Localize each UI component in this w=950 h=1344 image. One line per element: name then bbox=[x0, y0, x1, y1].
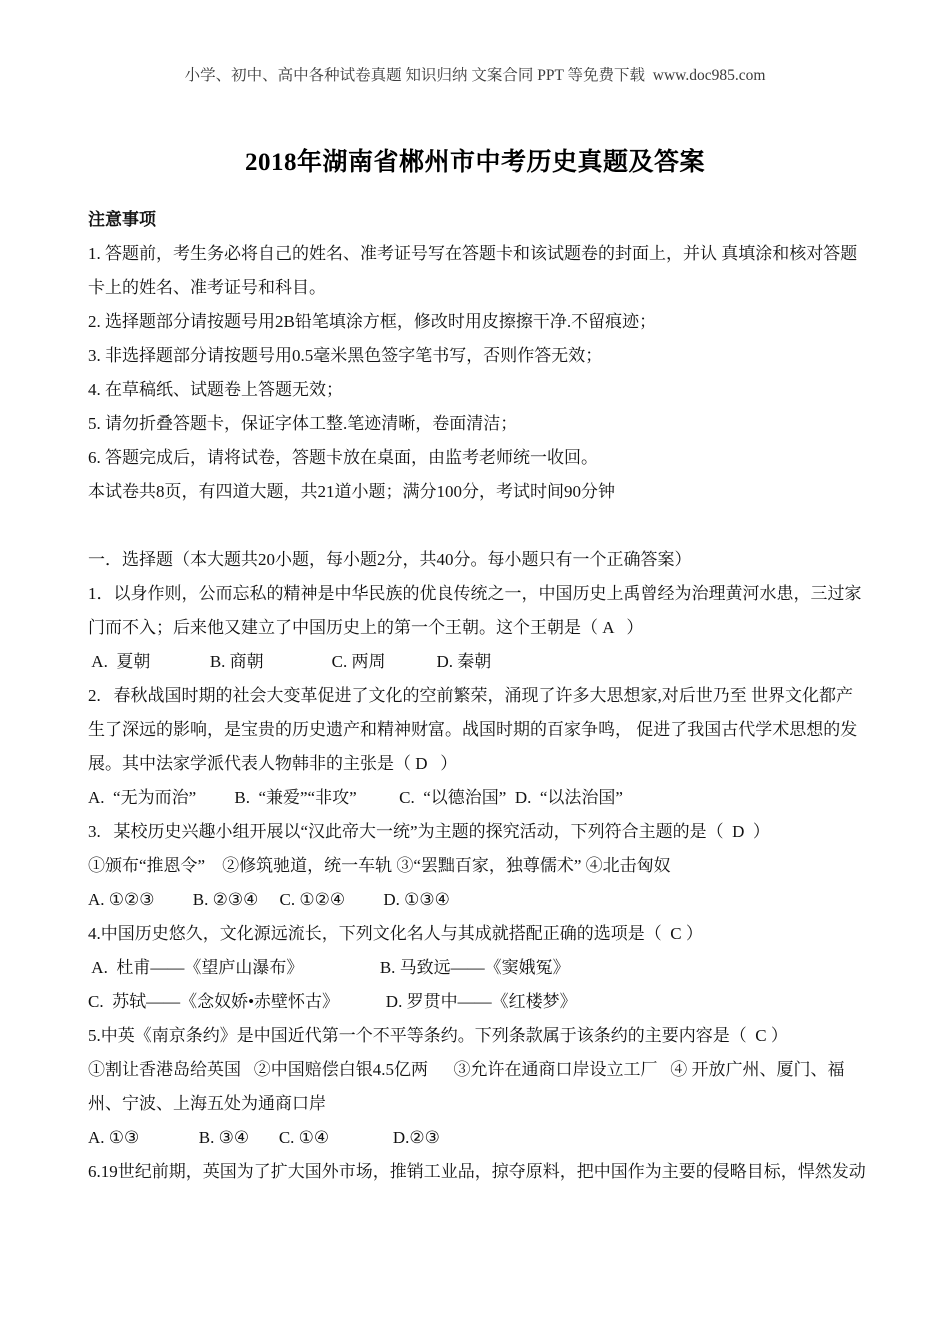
question-options-line: A. 夏朝 B. 商朝 C. 两周 D. 秦朝 bbox=[88, 645, 878, 679]
question-options-line: A. ①③ B. ③④ C. ①④ D.②③ bbox=[88, 1121, 878, 1155]
question-line: 3. 某校历史兴趣小组开展以“汉此帝大一统”为主题的探究活动，下列符合主题的是（… bbox=[88, 815, 878, 849]
question-line: 州、宁波、上海五处为通商口岸 bbox=[88, 1087, 878, 1121]
notice-line: 1. 答题前，考生务必将自己的姓名、准考证号写在答题卡和该试题卷的封面上，并认 … bbox=[88, 237, 878, 271]
question-line: ①割让香港岛给英国 ②中国赔偿白银4.5亿两 ③允许在通商口岸设立工厂 ④ 开放… bbox=[88, 1053, 878, 1087]
question-3: 3. 某校历史兴趣小组开展以“汉此帝大一统”为主题的探究活动，下列符合主题的是（… bbox=[88, 815, 878, 917]
question-line: ①颁布“推恩令” ②修筑驰道，统一车轨 ③“罢黜百家，独尊儒术” ④北击匈奴 bbox=[88, 849, 878, 883]
question-line: 2. 春秋战国时期的社会大变革促进了文化的空前繁荣，涌现了许多大思想家,对后世乃… bbox=[88, 679, 878, 713]
doc-title: 2018年湖南省郴州市中考历史真题及答案 bbox=[0, 143, 950, 183]
notice-line: 6. 答题完成后，请将试卷，答题卡放在桌面，由监考老师统一收回。 bbox=[88, 441, 878, 475]
question-line: 生了深远的影响，是宝贵的历史遗产和精神财富。战国时期的百家争鸣， 促进了我国古代… bbox=[88, 713, 878, 747]
notice-line: 5. 请勿折叠答题卡，保证字体工整.笔迹清晰，卷面清洁； bbox=[88, 407, 878, 441]
question-line: 1．以身作则，公而忘私的精神是中华民族的优良传统之一，中国历史上禹曾经为治理黄河… bbox=[88, 577, 878, 611]
notice-line: 2. 选择题部分请按题号用2B铅笔填涂方框，修改时用皮擦擦干净.不留痕迹； bbox=[88, 305, 878, 339]
notice-block: 1. 答题前，考生务必将自己的姓名、准考证号写在答题卡和该试题卷的封面上，并认 … bbox=[88, 237, 878, 509]
question-options-line: A. 杜甫——《望庐山瀑布》 B. 马致远——《窦娥冤》 bbox=[88, 951, 878, 985]
question-line: 展。其中法家学派代表人物韩非的主张是（ D ） bbox=[88, 747, 878, 781]
question-5: 5.中英《南京条约》是中国近代第一个不平等条约。下列条款属于该条约的主要内容是（… bbox=[88, 1019, 878, 1155]
question-line: 4.中国历史悠久，文化源远流长，下列文化名人与其成就搭配正确的选项是（ C ） bbox=[88, 917, 878, 951]
notice-line: 4. 在草稿纸、试题卷上答题无效； bbox=[88, 373, 878, 407]
question-options-line: A. ①②③ B. ②③④ C. ①②④ D. ①③④ bbox=[88, 883, 878, 917]
question-6: 6.19世纪前期，英国为了扩大国外市场，推销工业品，掠夺原料，把中国作为主要的侵… bbox=[88, 1155, 878, 1189]
exam-info-line: 本试卷共8页，有四道大题，共21道小题；满分100分，考试时间90分钟 bbox=[88, 475, 878, 509]
notice-heading: 注意事项 bbox=[88, 203, 878, 237]
question-4: 4.中国历史悠久，文化源远流长，下列文化名人与其成就搭配正确的选项是（ C ） … bbox=[88, 917, 878, 1019]
question-line: 6.19世纪前期，英国为了扩大国外市场，推销工业品，掠夺原料，把中国作为主要的侵… bbox=[88, 1155, 878, 1189]
exam-document-page: 小学、初中、高中各种试卷真题 知识归纳 文案合同 PPT 等免费下载 www.d… bbox=[0, 0, 950, 1344]
question-options-line: A. “无为而治” B. “兼爱”“非攻” C. “以德治国” D. “以法治国… bbox=[88, 781, 878, 815]
question-2: 2. 春秋战国时期的社会大变革促进了文化的空前繁荣，涌现了许多大思想家,对后世乃… bbox=[88, 679, 878, 815]
notice-line: 3. 非选择题部分请按题号用0.5毫米黑色签字笔书写，否则作答无效； bbox=[88, 339, 878, 373]
section-heading: 一．选择题（本大题共20小题，每小题2分，共40分。每小题只有一个正确答案） bbox=[88, 543, 878, 577]
question-1: 1．以身作则，公而忘私的精神是中华民族的优良传统之一，中国历史上禹曾经为治理黄河… bbox=[88, 577, 878, 679]
question-line: 5.中英《南京条约》是中国近代第一个不平等条约。下列条款属于该条约的主要内容是（… bbox=[88, 1019, 878, 1053]
question-options-line: C. 苏轼——《念奴娇•赤壁怀古》 D. 罗贯中——《红楼梦》 bbox=[88, 985, 878, 1019]
blank-spacer bbox=[88, 509, 878, 543]
site-header: 小学、初中、高中各种试卷真题 知识归纳 文案合同 PPT 等免费下载 www.d… bbox=[0, 62, 950, 90]
notice-line: 卡上的姓名、准考证号和科目。 bbox=[88, 271, 878, 305]
document-body: 注意事项 1. 答题前，考生务必将自己的姓名、准考证号写在答题卡和该试题卷的封面… bbox=[88, 203, 878, 1189]
question-line: 门而不入；后来他又建立了中国历史上的第一个王朝。这个王朝是（ A ） bbox=[88, 611, 878, 645]
